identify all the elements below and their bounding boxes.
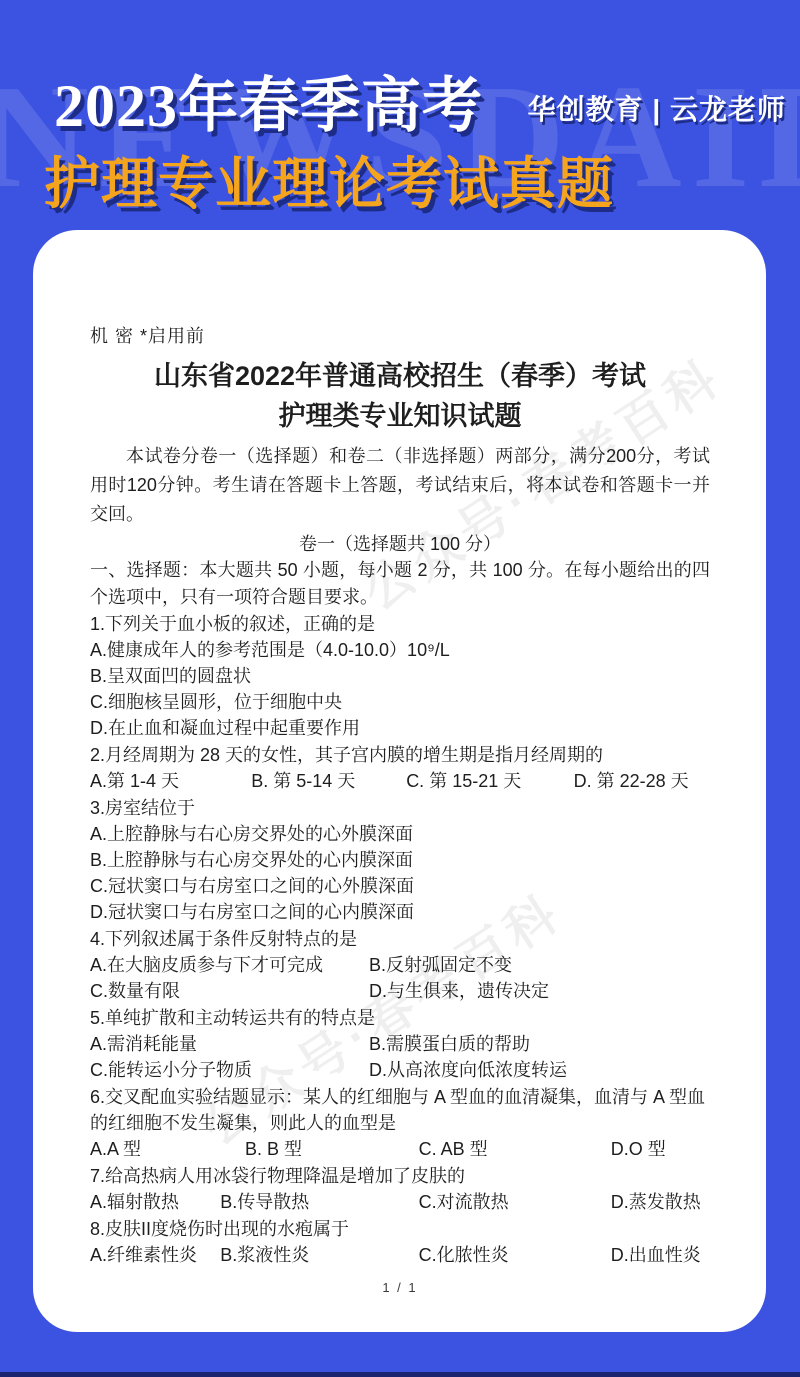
question-option: D.O 型 <box>611 1136 710 1162</box>
question-stem: 7.给高热病人用冰袋行物理降温是增加了皮肤的 <box>90 1163 710 1189</box>
question-block: 1.下列关于血小板的叙述，正确的是 A.健康成年人的参考范围是（4.0-10.0… <box>90 611 710 741</box>
question-option: A.第 1-4 天 <box>90 768 251 794</box>
question-option: C.冠状窦口与右房室口之间的心外膜深面 <box>90 873 710 899</box>
question-option: D.从高浓度向低浓度转运 <box>369 1057 710 1083</box>
question-option: B. B 型 <box>245 1136 419 1162</box>
question-block: 8.皮肤II度烧伤时出现的水疱属于 A.纤维素性炎 B.浆液性炎 C.化脓性炎 … <box>90 1216 710 1268</box>
question-option: C.化脓性炎 <box>419 1242 611 1268</box>
question-block: 2.月经周期为 28 天的女性，其子宫内膜的增生期是指月经周期的 A.第 1-4… <box>90 742 710 794</box>
question-block: 4.下列叙述属于条件反射特点的是 A.在大脑皮质参与下才可完成 B.反射弧固定不… <box>90 926 710 1004</box>
question-option: A.在大脑皮质参与下才可完成 <box>90 952 369 978</box>
question-option: D.冠状窦口与右房室口之间的心内膜深面 <box>90 899 710 925</box>
question-option: B.浆液性炎 <box>220 1242 418 1268</box>
intro-paragraph: 本试卷分卷一（选择题）和卷二（非选择题）两部分，满分200分，考试用时120分钟… <box>90 442 710 529</box>
question-options-row: C.数量有限 D.与生俱来，遗传决定 <box>90 978 710 1004</box>
exam-year-title: 2023年春季高考 <box>54 58 483 144</box>
question-option: A.A 型 <box>90 1136 245 1162</box>
question-option: D. 第 22-28 天 <box>574 768 710 794</box>
question-stem: 5.单纯扩散和主动转运共有的特点是 <box>90 1005 710 1031</box>
question-block: 7.给高热病人用冰袋行物理降温是增加了皮肤的 A.辐射散热 B.传导散热 C.对… <box>90 1163 710 1215</box>
question-option: A.辐射散热 <box>90 1189 220 1215</box>
question-option: C. 第 15-21 天 <box>406 768 573 794</box>
question-stem: 4.下列叙述属于条件反射特点的是 <box>90 926 710 952</box>
page-number: 1 / 1 <box>90 1280 710 1295</box>
question-options-row: A.需消耗能量 B.需膜蛋白质的帮助 <box>90 1031 710 1057</box>
brand-label: 华创教育 | 云龙老师 <box>528 88 786 128</box>
question-option: B.呈双面凹的圆盘状 <box>90 663 710 689</box>
volume-heading: 卷一（选择题共 100 分） <box>90 531 710 557</box>
question-stem: 6.交叉配血实验结题显示：某人的红细胞与 A 型血的血清凝集，血清与 A 型血的… <box>90 1084 710 1136</box>
question-block: 6.交叉配血实验结题显示：某人的红细胞与 A 型血的血清凝集，血清与 A 型血的… <box>90 1084 710 1162</box>
exam-subtitle: 护理专业理论考试真题 <box>44 140 614 220</box>
question-stem: 2.月经周期为 28 天的女性，其子宫内膜的增生期是指月经周期的 <box>90 742 710 768</box>
exam-paper-card: 公众号·春考百科 公众号·春考百科 机 密 *启用前 山东省2022年普通高校招… <box>33 230 766 1332</box>
question-stem: 8.皮肤II度烧伤时出现的水疱属于 <box>90 1216 710 1242</box>
page-background: { "header": { "year_title": "2023年春季高考",… <box>0 0 800 1377</box>
question-option: A.上腔静脉与右心房交界处的心外膜深面 <box>90 821 710 847</box>
question-option: C. AB 型 <box>419 1136 611 1162</box>
question-block: 3.房室结位于 A.上腔静脉与右心房交界处的心外膜深面 B.上腔静脉与右心房交界… <box>90 795 710 925</box>
confidential-label: 机 密 *启用前 <box>90 322 710 350</box>
question-option: C.能转运小分子物质 <box>90 1057 369 1083</box>
paper-title-line2: 护理类专业知识试题 <box>90 396 710 436</box>
question-option: C.对流散热 <box>419 1189 611 1215</box>
question-stem: 3.房室结位于 <box>90 795 710 821</box>
question-options-row: A.辐射散热 B.传导散热 C.对流散热 D.蒸发散热 <box>90 1189 710 1215</box>
question-option: B.传导散热 <box>220 1189 418 1215</box>
question-option: D.出血性炎 <box>611 1242 710 1268</box>
question-option: A.需消耗能量 <box>90 1031 369 1057</box>
question-option: D.蒸发散热 <box>611 1189 710 1215</box>
question-option: B.反射弧固定不变 <box>369 952 710 978</box>
question-block: 5.单纯扩散和主动转运共有的特点是 A.需消耗能量 B.需膜蛋白质的帮助 C.能… <box>90 1005 710 1083</box>
bottom-edge-line <box>0 1372 800 1377</box>
question-option: B. 第 5-14 天 <box>251 768 406 794</box>
question-options-row: A.第 1-4 天 B. 第 5-14 天 C. 第 15-21 天 D. 第 … <box>90 768 710 794</box>
question-options-row: A.纤维素性炎 B.浆液性炎 C.化脓性炎 D.出血性炎 <box>90 1242 710 1268</box>
section-instruction: 一、选择题：本大题共 50 小题，每小题 2 分，共 100 分。在每小题给出的… <box>90 557 710 611</box>
question-option: D.在止血和凝血过程中起重要作用 <box>90 715 710 741</box>
question-options-row: A.在大脑皮质参与下才可完成 B.反射弧固定不变 <box>90 952 710 978</box>
question-option: C.细胞核呈圆形，位于细胞中央 <box>90 689 710 715</box>
question-options-row: A.A 型 B. B 型 C. AB 型 D.O 型 <box>90 1136 710 1162</box>
paper-title-line1: 山东省2022年普通高校招生（春季）考试 <box>90 356 710 396</box>
question-option: B.需膜蛋白质的帮助 <box>369 1031 710 1057</box>
question-options-row: C.能转运小分子物质 D.从高浓度向低浓度转运 <box>90 1057 710 1083</box>
question-option: A.健康成年人的参考范围是（4.0-10.0）10⁹/L <box>90 637 710 663</box>
question-stem: 1.下列关于血小板的叙述，正确的是 <box>90 611 710 637</box>
question-option: C.数量有限 <box>90 978 369 1004</box>
question-option: B.上腔静脉与右心房交界处的心内膜深面 <box>90 847 710 873</box>
question-option: A.纤维素性炎 <box>90 1242 220 1268</box>
question-option: D.与生俱来，遗传决定 <box>369 978 710 1004</box>
